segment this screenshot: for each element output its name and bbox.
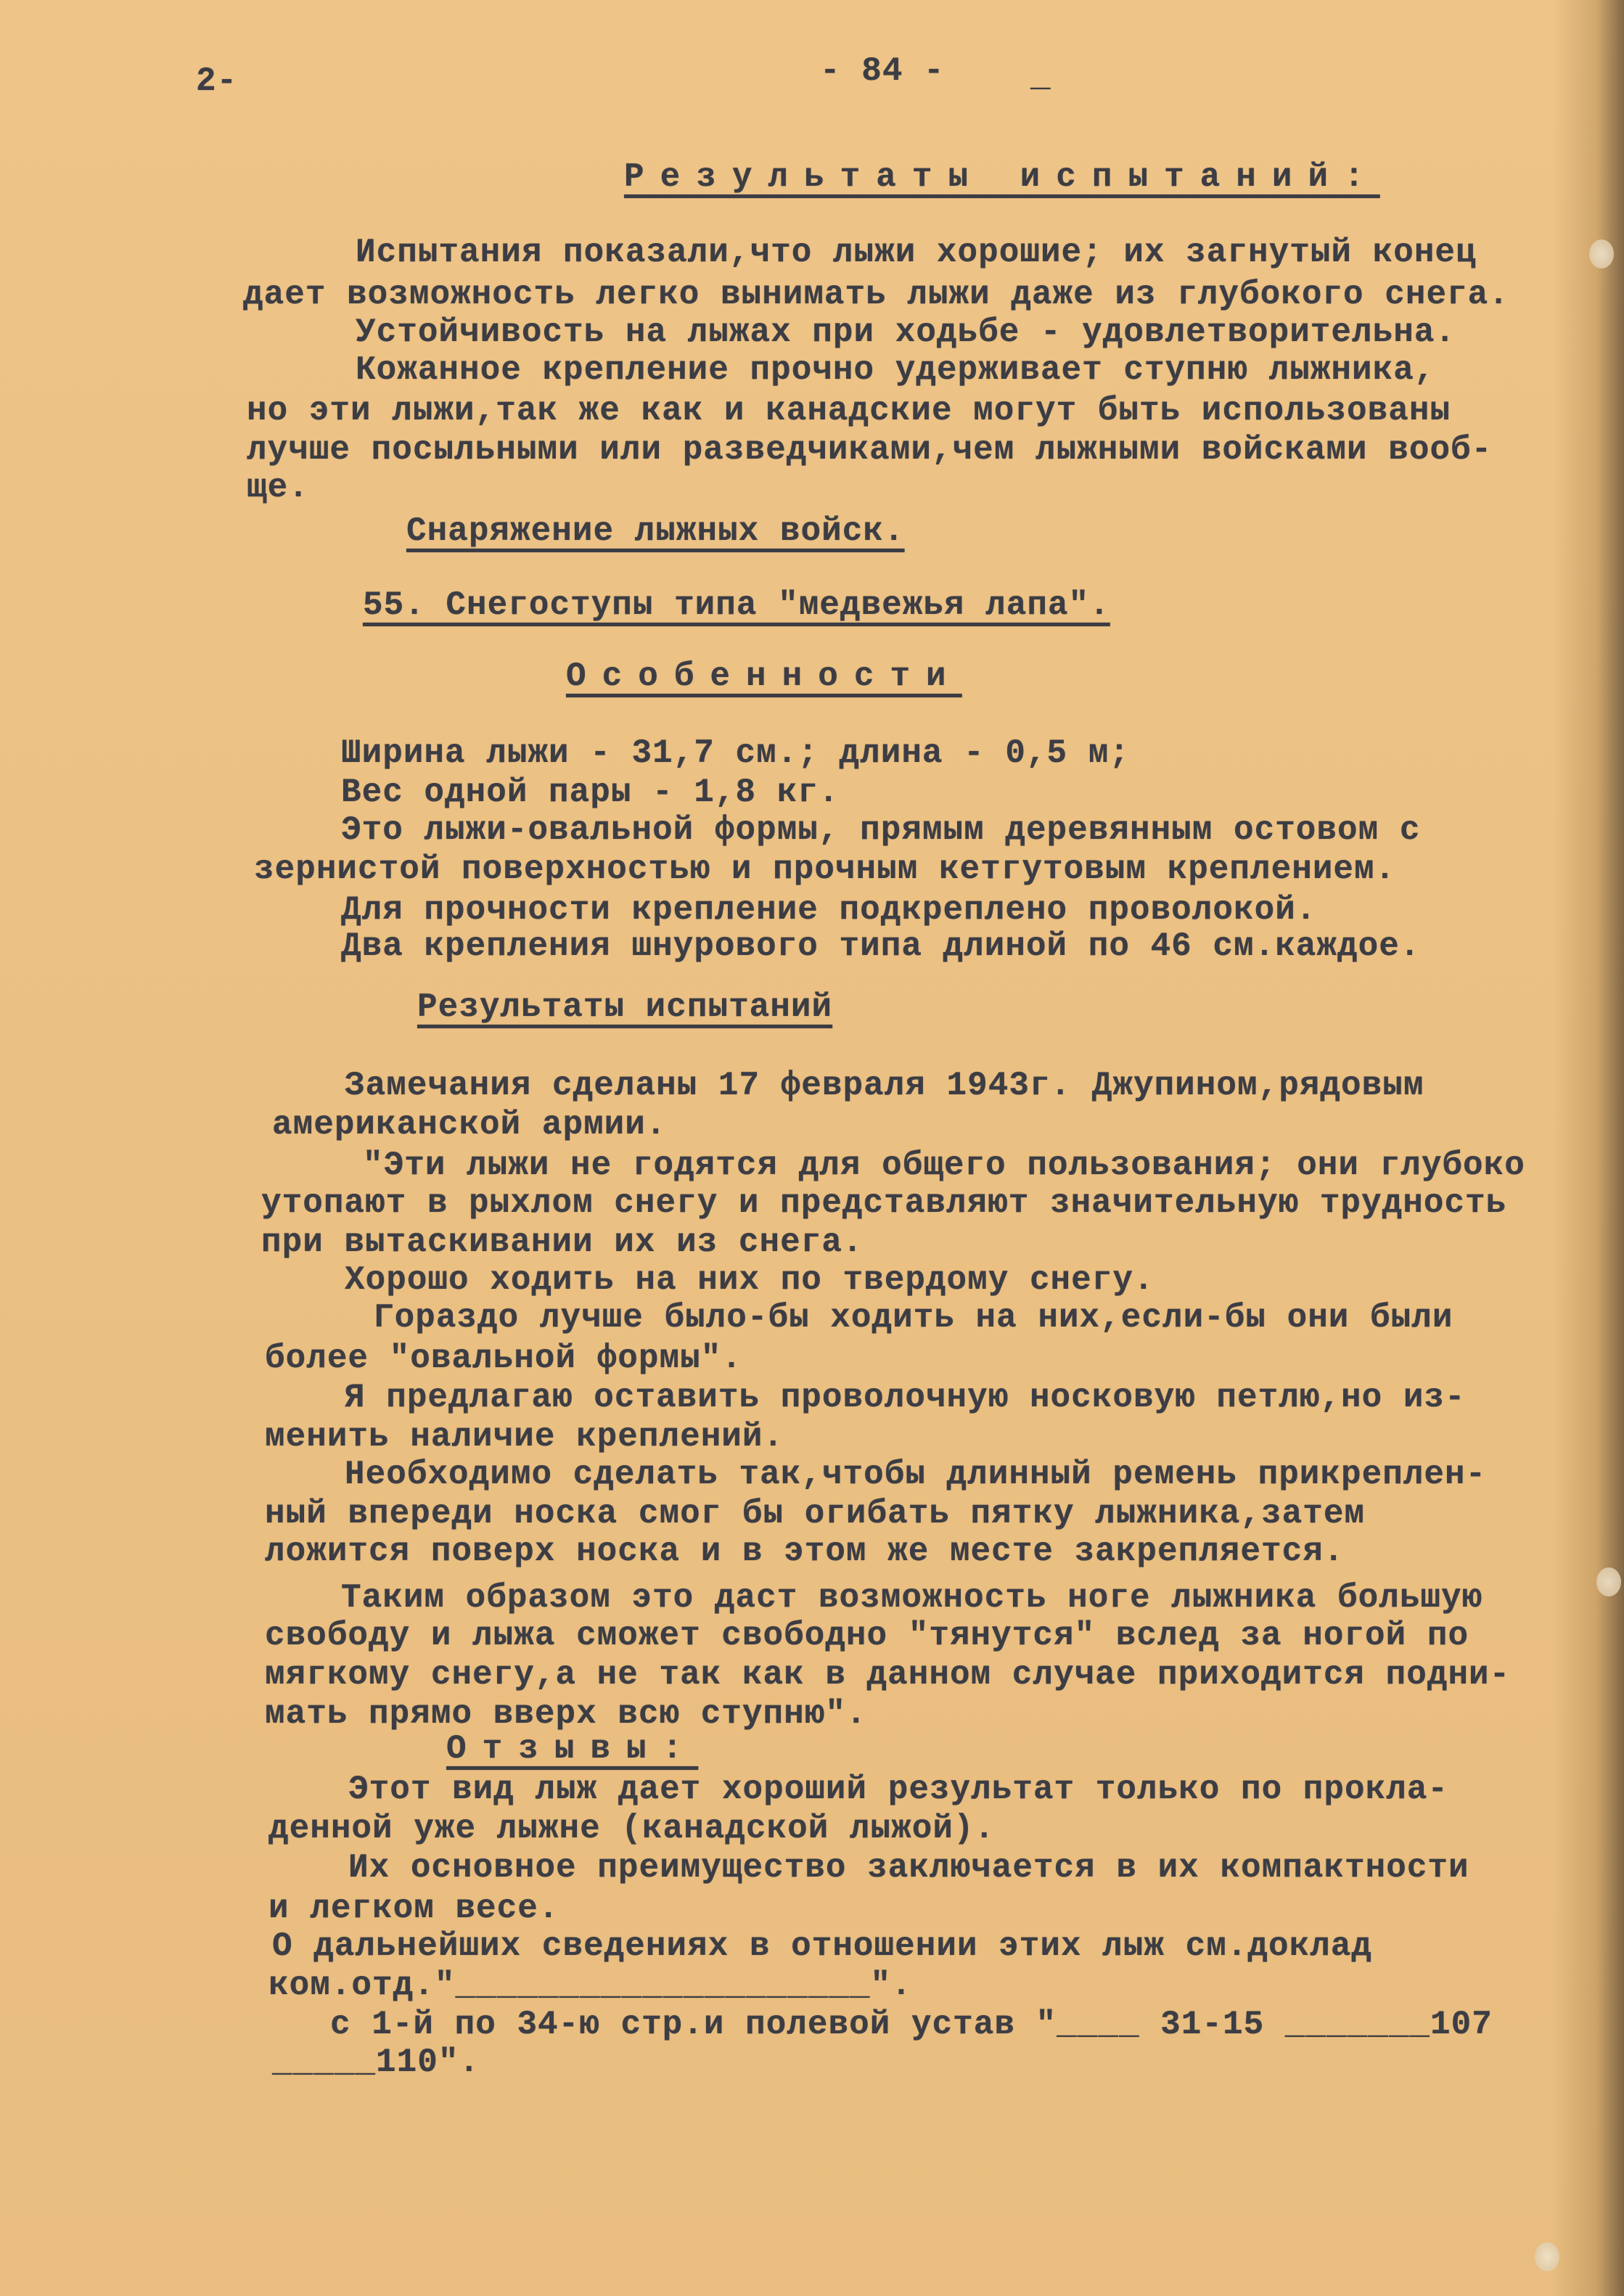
text-line: утопают в рыхлом снегу и представляют зн… [261, 1184, 1506, 1222]
text-line: Я предлагаю оставить проволочную носкову… [345, 1379, 1466, 1416]
paper-tear-mark [1589, 239, 1614, 268]
text-line: свободу и лыжа сможет свободно "тянутся"… [265, 1617, 1469, 1655]
text-line: Хорошо ходить на них по твердому снегу. [345, 1261, 1155, 1299]
text-line: Их основное преимущество заключается в и… [348, 1849, 1469, 1887]
text-line: при вытаскивании их из снега. [261, 1223, 864, 1261]
text-line: мягкому снегу,а не так как в данном случ… [265, 1656, 1510, 1694]
text-line: Замечания сделаны 17 февраля 1943г. Джуп… [345, 1067, 1424, 1104]
feature-line: Это лыжи-овальной формы, прямым деревянн… [341, 811, 1420, 849]
text-line: ком.отд."____________________". [268, 1967, 912, 2004]
text-line: ще. [247, 469, 309, 507]
text-line: с 1-й по 34-ю стр.и полевой устав "____ … [330, 2006, 1493, 2043]
section-heading-equipment: Снаряжение лыжных войск. [406, 512, 905, 550]
text-line: Кожанное крепление прочно удерживает сту… [356, 351, 1435, 389]
section-heading-results: Результаты испытаний: [624, 158, 1380, 196]
feature-line: Вес одной пары - 1,8 кг. [341, 774, 840, 811]
text-line: О дальнейших сведениях в отношении этих … [272, 1927, 1372, 1965]
text-line: но эти лыжи,так же как и канадские могут… [247, 392, 1451, 430]
text-line: Таким образом это даст возможность ноге … [341, 1579, 1482, 1617]
text-line: Испытания показали,что лыжи хорошие; их … [356, 234, 1477, 271]
text-line: _____110". [272, 2043, 480, 2081]
feature-line: Ширина лыжи - 31,7 см.; длина - 0,5 м; [341, 734, 1130, 772]
text-line: более "овальной формы". [265, 1340, 742, 1377]
text-line: лучше посыльными или разведчиками,чем лы… [247, 431, 1492, 469]
text-line: ный впереди носка смог бы огибать пятку … [265, 1495, 1365, 1533]
paper-tear-mark [1535, 2242, 1559, 2271]
text-line: и легком весе. [268, 1890, 559, 1927]
text-line: американской армии. [272, 1106, 667, 1144]
section-heading-reviews: Отзывы: [446, 1730, 698, 1768]
text-line: "Эти лыжи не годятся для общего пользова… [363, 1147, 1525, 1184]
left-margin-mark: 2- [196, 62, 237, 100]
text-line: мать прямо вверх всю ступню". [265, 1695, 867, 1733]
feature-line: Для прочности крепление подкреплено пров… [341, 891, 1316, 929]
item-heading-snowshoes: 55. Снегоступы типа "медвежья лапа". [363, 586, 1110, 624]
text-line: Гораздо лучше было-бы ходить на них,если… [374, 1299, 1453, 1337]
section-heading-features: Особенности [566, 657, 962, 695]
text-line: менить наличие креплений. [265, 1418, 784, 1456]
text-line: ложится поверх носка и в этом же месте з… [265, 1533, 1344, 1570]
feature-line: зернистой поверхностью и прочным кетгуто… [254, 850, 1395, 888]
document-page: 2- - 84 - _ Результаты испытаний: Испыта… [0, 0, 1624, 2296]
feature-line: Два крепления шнурового типа длиной по 4… [341, 927, 1420, 965]
text-line: Этот вид лыж дает хороший результат толь… [348, 1771, 1448, 1808]
text-line: Необходимо сделать так,чтобы длинный рем… [345, 1456, 1486, 1493]
text-line: денной уже лыжне (канадской лыжой). [268, 1810, 995, 1848]
section-heading-test-results: Результаты испытаний [417, 988, 832, 1026]
paper-tear-mark [1596, 1567, 1621, 1596]
page-number: - 84 - [820, 52, 945, 90]
text-line: дает возможность легко вынимать лыжи даж… [243, 276, 1509, 313]
text-line: Устойчивость на лыжах при ходьбе - удовл… [356, 313, 1456, 351]
header-trailing-mark: _ [1030, 58, 1051, 96]
